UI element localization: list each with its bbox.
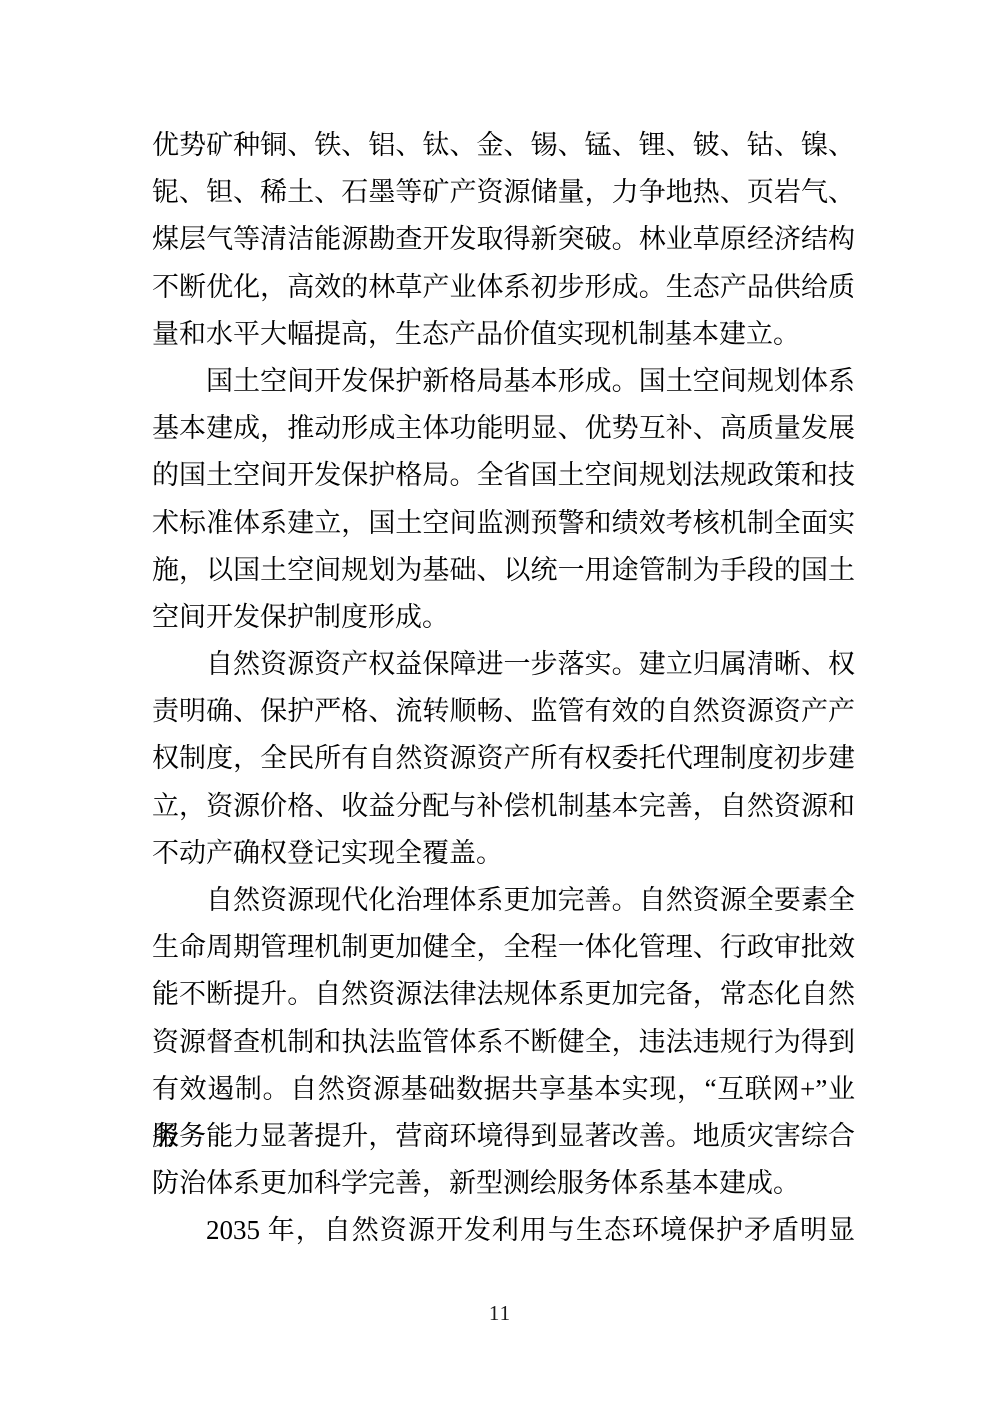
- text-line: 有效遏制。自然资源基础数据共享基本实现，“互联网+”业务: [152, 1066, 855, 1113]
- text-line: 施，以国土空间规划为基础、以统一用途管制为手段的国土: [152, 547, 855, 594]
- text-line: 自然资源资产权益保障进一步落实。建立归属清晰、权: [152, 641, 855, 688]
- text-line: 自然资源现代化治理体系更加完善。自然资源全要素全: [152, 877, 855, 924]
- page-number: 11: [489, 1301, 511, 1325]
- text-line: 能不断提升。自然资源法律法规体系更加完备，常态化自然: [152, 971, 855, 1018]
- text-line: 立，资源价格、收益分配与补偿机制基本完善，自然资源和: [152, 783, 855, 830]
- text-line: 基本建成，推动形成主体功能明显、优势互补、高质量发展: [152, 405, 855, 452]
- text-line: 防治体系更加科学完善，新型测绘服务体系基本建成。: [152, 1160, 855, 1207]
- text-line: 权制度，全民所有自然资源资产所有权委托代理制度初步建: [152, 735, 855, 782]
- text-line: 服务能力显著提升，营商环境得到显著改善。地质灾害综合: [152, 1113, 855, 1160]
- text-line: 量和水平大幅提高，生态产品价值实现机制基本建立。: [152, 311, 855, 358]
- text-line: 煤层气等清洁能源勘查开发取得新突破。林业草原经济结构: [152, 216, 855, 263]
- text-line: 资源督查机制和执法监管体系不断健全，违法违规行为得到: [152, 1019, 855, 1066]
- document-body: 优势矿种铜、铁、铝、钛、金、锡、锰、锂、铍、钴、镍、铌、钽、稀土、石墨等矿产资源…: [152, 122, 855, 1255]
- text-line: 不动产确权登记实现全覆盖。: [152, 830, 855, 877]
- page-footer: 11: [0, 1301, 1000, 1326]
- text-line: 空间开发保护制度形成。: [152, 594, 855, 641]
- text-line: 铌、钽、稀土、石墨等矿产资源储量，力争地热、页岩气、: [152, 169, 855, 216]
- document-page: 优势矿种铜、铁、铝、钛、金、锡、锰、锂、铍、钴、镍、铌、钽、稀土、石墨等矿产资源…: [0, 0, 1000, 1413]
- text-line: 生命周期管理机制更加健全，全程一体化管理、行政审批效: [152, 924, 855, 971]
- text-line: 不断优化，高效的林草产业体系初步形成。生态产品供给质: [152, 264, 855, 311]
- text-line: 责明确、保护严格、流转顺畅、监管有效的自然资源资产产: [152, 688, 855, 735]
- text-line: 2035 年，自然资源开发利用与生态环境保护矛盾明显: [152, 1207, 855, 1254]
- text-line: 优势矿种铜、铁、铝、钛、金、锡、锰、锂、铍、钴、镍、: [152, 122, 855, 169]
- text-line: 国土空间开发保护新格局基本形成。国土空间规划体系: [152, 358, 855, 405]
- text-line: 的国土空间开发保护格局。全省国土空间规划法规政策和技: [152, 452, 855, 499]
- text-line: 术标准体系建立，国土空间监测预警和绩效考核机制全面实: [152, 500, 855, 547]
